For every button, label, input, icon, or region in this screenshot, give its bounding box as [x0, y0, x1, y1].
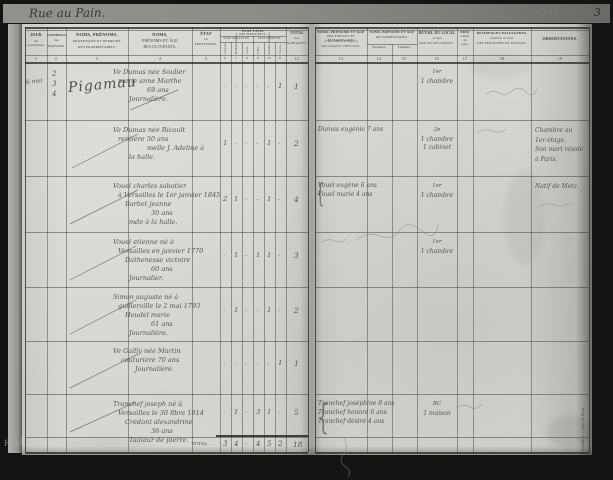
bottom-left-note: Raul.: [4, 437, 26, 449]
ink-pencil-overlay: [0, 0, 613, 480]
ditto-stroke: [70, 90, 178, 432]
printer-imprint: Versailles. — Imp. de Beau.: [580, 382, 585, 452]
scanned-census-register: Rue au Pain. n° 16.3 3 JOUR du recenseme…: [0, 0, 613, 480]
pencil-squiggle: [322, 11, 570, 477]
